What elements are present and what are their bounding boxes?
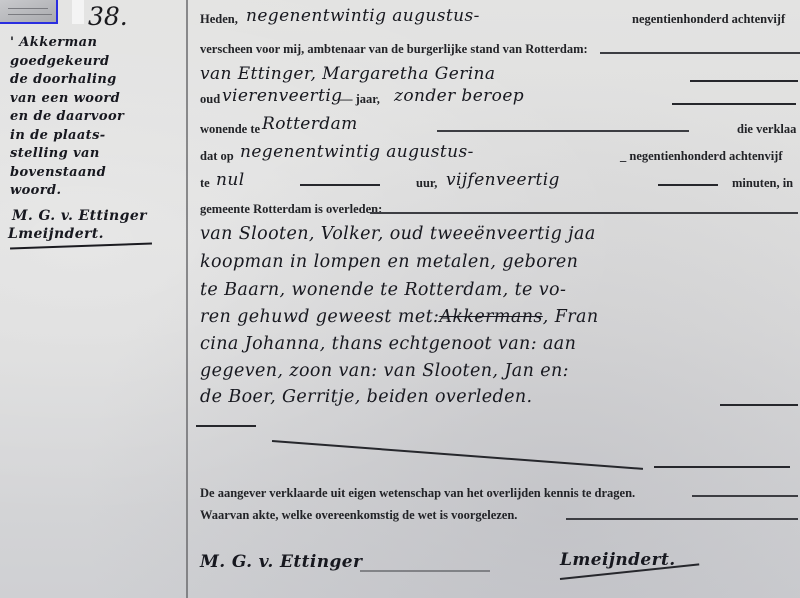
handwritten-hour: nul — [216, 170, 245, 190]
printed-text: gemeente Rotterdam is overleden: — [200, 202, 382, 217]
signature-declarant: M. G. v. Ettinger — [200, 552, 362, 572]
fill-line — [720, 404, 798, 406]
deceased-entry-line: ren gehuwd geweest met:Akkermans, Fran — [200, 307, 599, 327]
handwritten-date-of-death: negenentwintig augustus- — [240, 142, 474, 162]
deceased-entry-line: te Baarn, wonende te Rotterdam, te vo- — [200, 280, 566, 300]
fill-line — [196, 425, 256, 427]
fill-line — [658, 184, 718, 186]
deceased-entry-line: koopman in lompen en metalen, geboren — [200, 252, 578, 272]
scanned-document-page: 38. ' Akkerman goedgekeurd de doorhaling… — [0, 0, 800, 598]
handwritten-minutes: vijfenveertig — [446, 170, 560, 190]
deceased-entry-line: cina Johanna, thans echtgenoot van: aan — [200, 334, 576, 354]
fill-line — [300, 184, 380, 186]
fill-line — [370, 212, 798, 214]
thumbnail-detail-line — [8, 14, 52, 15]
deceased-entry-line: van Slooten, Volker, oud tweeënveertig j… — [200, 224, 596, 244]
deceased-entry-line: de Boer, Gerritje, beiden overleden. — [200, 387, 533, 407]
fill-line — [672, 103, 796, 105]
printed-text: verscheen voor mij, ambtenaar van de bur… — [200, 42, 588, 57]
handwritten-residence: Rotterdam — [262, 114, 358, 134]
signature-underline — [10, 243, 152, 250]
fill-line — [654, 466, 790, 468]
handwritten-age: vierenveertig — [222, 86, 342, 106]
fill-line — [692, 495, 798, 497]
printed-text: wonende te — [200, 122, 260, 137]
margin-signature-official: Lmeijndert. — [8, 226, 104, 242]
fill-line — [690, 80, 798, 82]
printed-text: negentienhonderd achtenvijf — [632, 12, 785, 27]
printed-text: oud — [200, 92, 220, 107]
printed-text: minuten, in — [732, 176, 793, 191]
printed-text: Heden, — [200, 12, 238, 27]
margin-annotation: ' Akkerman goedgekeurd de doorhaling van… — [10, 34, 124, 201]
handwritten-date: negenentwintig augustus- — [246, 6, 480, 26]
printed-text: die verklaa — [737, 122, 796, 137]
handwritten-occupation: zonder beroep — [394, 86, 524, 106]
printed-text: te — [200, 176, 210, 191]
fill-line — [566, 518, 798, 520]
printed-text: uur, — [416, 176, 437, 191]
printed-text: _ negentienhonderd achtenvijf — [620, 149, 783, 164]
fill-line — [437, 130, 689, 132]
handwritten-declarant-name: van Ettinger, Margaretha Gerina — [200, 64, 495, 84]
closing-diagonal-line — [272, 440, 643, 470]
struck-word: Akkermans — [439, 307, 542, 327]
printed-closing-line: De aangever verklaarde uit eigen wetensc… — [200, 486, 635, 501]
margin-signature-declarant: M. G. v. Ettinger — [12, 208, 147, 224]
record-number: 38. — [88, 2, 128, 31]
margin-column-rule — [186, 0, 188, 598]
deceased-entry-line: gegeven, zoon van: van Slooten, Jan en: — [200, 361, 569, 381]
page-thumbnail-navigator[interactable] — [0, 0, 58, 24]
fill-line — [600, 52, 800, 54]
printed-text: — jaar, — [340, 92, 380, 107]
thumbnail-detail-line — [8, 8, 48, 9]
signature-line — [360, 570, 490, 572]
printed-text: dat op — [200, 149, 234, 164]
printed-closing-line: Waarvan akte, welke overeenkomstig de we… — [200, 508, 517, 523]
thumbnail-viewport-indicator — [72, 0, 84, 24]
